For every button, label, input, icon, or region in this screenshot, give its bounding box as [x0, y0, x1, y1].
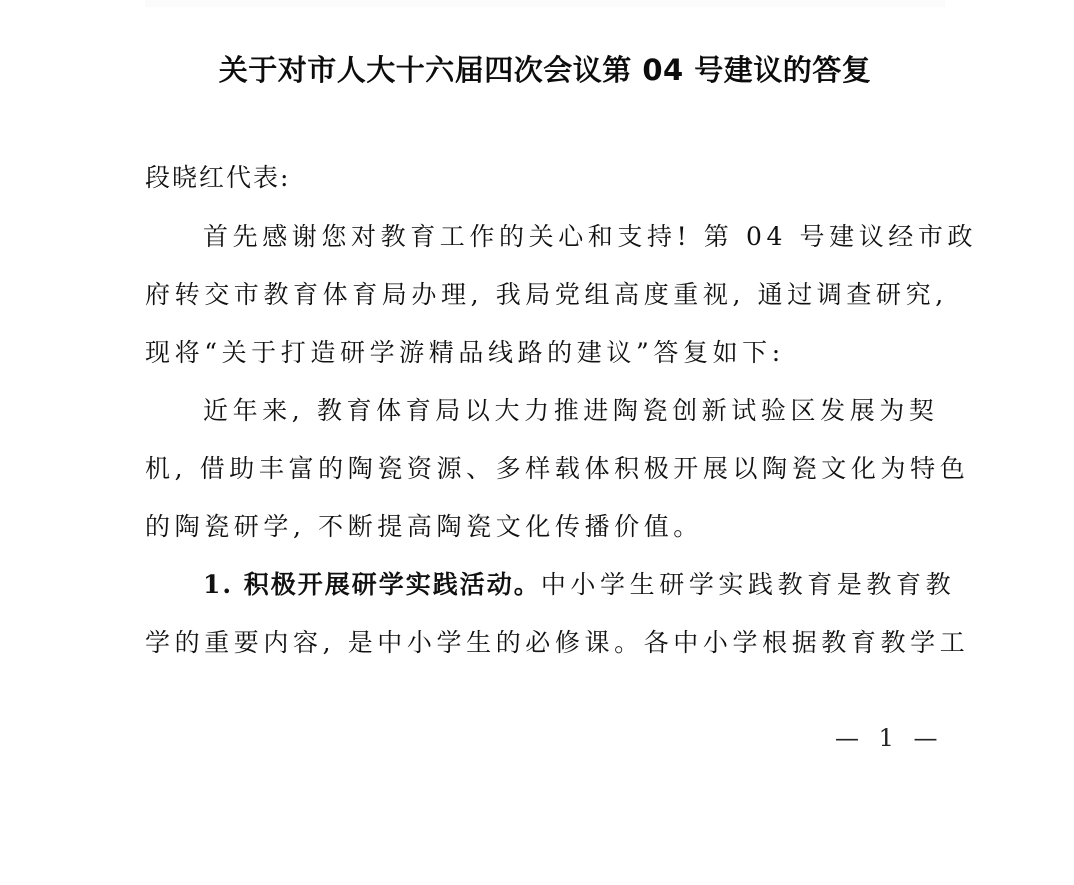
paragraph-line: 现将“关于打造研学游精品线路的建议”答复如下: — [145, 324, 945, 382]
paragraph-line: 首先感谢您对教育工作的关心和支持! 第 04 号建议经市政 — [145, 208, 945, 266]
paragraph-intro: 首先感谢您对教育工作的关心和支持! 第 04 号建议经市政 府转交市教育体育局办… — [145, 208, 945, 382]
item-text: 中小学生研学实践教育是教育教 — [541, 570, 955, 599]
document-title: 关于对市人大十六届四次会议第 04 号建议的答复 — [145, 50, 945, 90]
paragraph-background: 近年来, 教育体育局以大力推进陶瓷创新试验区发展为契 机, 借助丰富的陶瓷资源、… — [145, 382, 945, 556]
salutation: 段晓红代表: — [145, 158, 290, 198]
paragraph-line: 学的重要内容, 是中小学生的必修课。各中小学根据教育教学工 — [145, 614, 945, 672]
page-number: — 1 — — [835, 720, 944, 756]
paragraph-line: 近年来, 教育体育局以大力推进陶瓷创新试验区发展为契 — [145, 382, 945, 440]
document-page: 关于对市人大十六届四次会议第 04 号建议的答复 段晓红代表: 首先感谢您对教育… — [145, 0, 945, 885]
paragraph-line: 的陶瓷研学, 不断提高陶瓷文化传播价值。 — [145, 498, 945, 556]
paragraph-line: 机, 借助丰富的陶瓷资源、多样载体积极开展以陶瓷文化为特色 — [145, 440, 945, 498]
paragraph-line: 府转交市教育体育局办理, 我局党组高度重视, 通过调查研究, — [145, 266, 945, 324]
item-heading: 1. 积极开展研学实践活动。 — [203, 570, 541, 599]
paragraph-line: 1. 积极开展研学实践活动。中小学生研学实践教育是教育教 — [145, 556, 945, 614]
paragraph-item-1: 1. 积极开展研学实践活动。中小学生研学实践教育是教育教 学的重要内容, 是中小… — [145, 556, 945, 672]
